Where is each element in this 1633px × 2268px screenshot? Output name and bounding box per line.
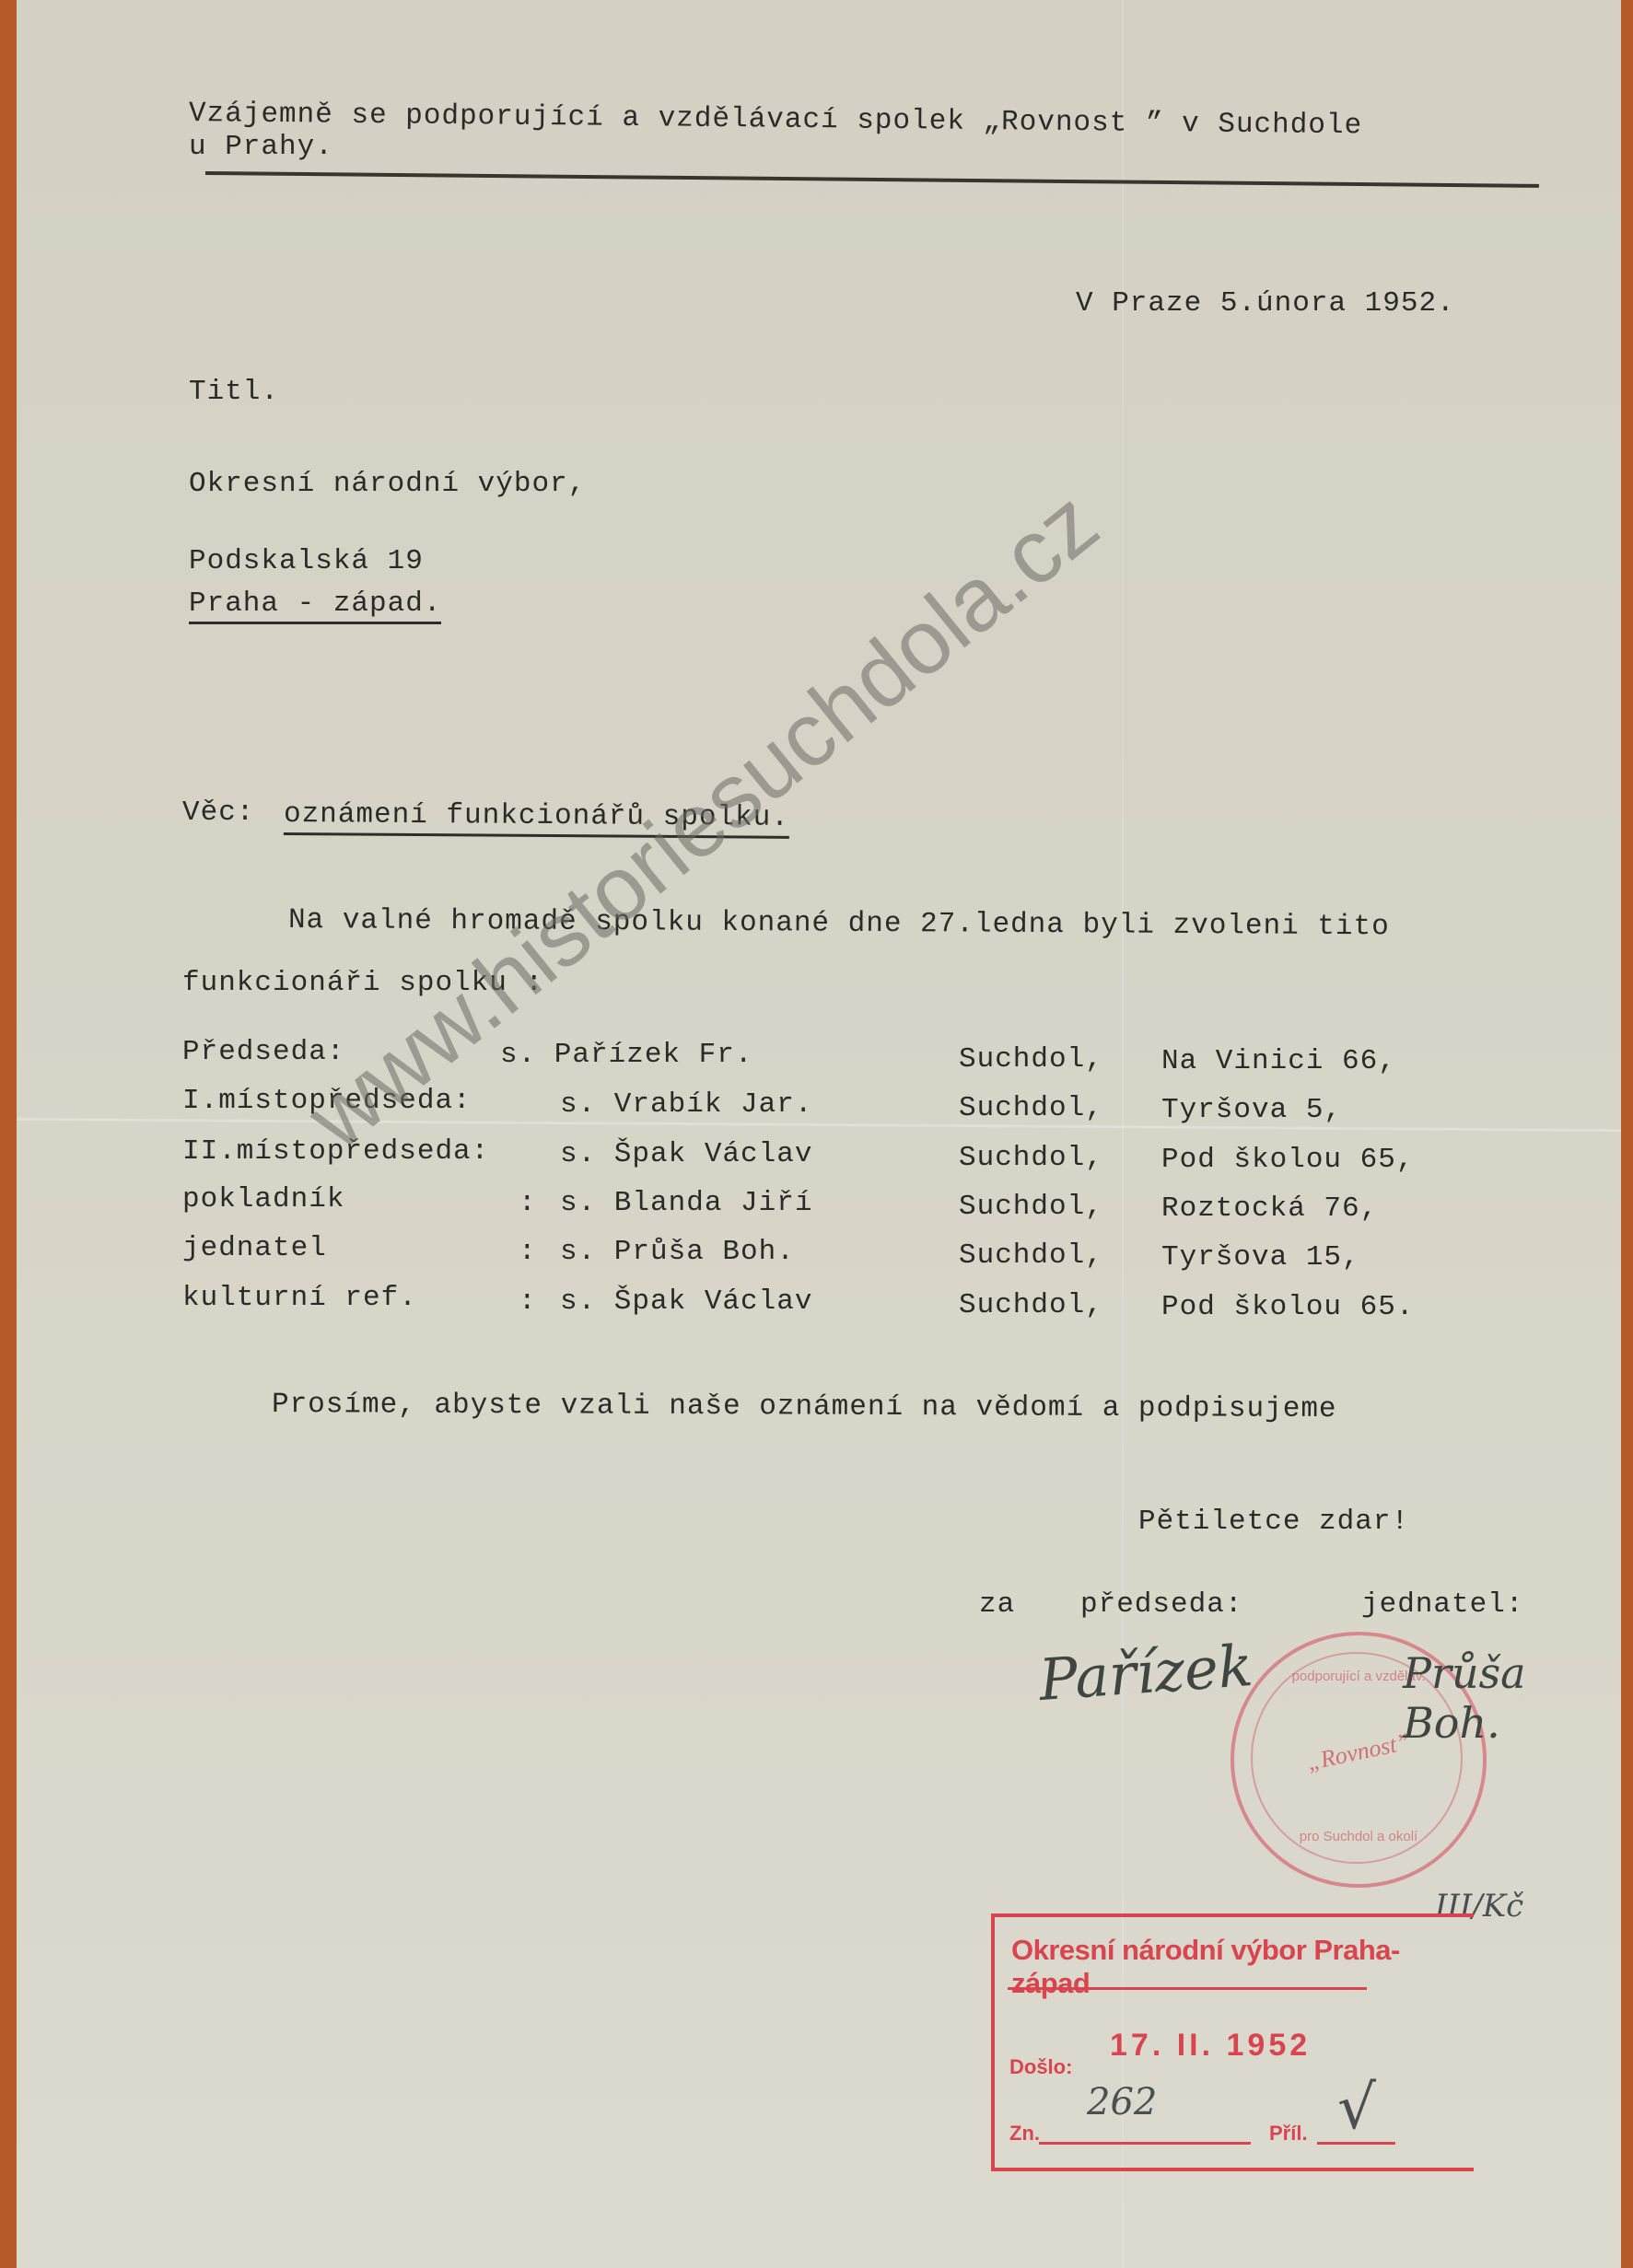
officer-town: Suchdol, xyxy=(959,1239,1103,1272)
received-date: 17. II. 1952 xyxy=(1110,2028,1311,2064)
recipient-street: Podskalská 19 xyxy=(189,545,424,577)
letter-paper: Vzájemně se podporující a vzdělávací spo… xyxy=(17,0,1621,2268)
letterhead-rule xyxy=(205,171,1539,188)
stamp-rim-bottom: pro Suchdol a okolí xyxy=(1234,1829,1483,1844)
ref-line xyxy=(1039,2142,1251,2145)
officer-role: kulturní ref. xyxy=(182,1282,417,1314)
za-label: za xyxy=(979,1588,1015,1621)
recipient-office: Okresní národní výbor, xyxy=(189,468,586,500)
officer-town: Suchdol, xyxy=(959,1289,1103,1321)
officer-address: Tyršova 15, xyxy=(1161,1241,1360,1274)
officer-address: Tyršova 5, xyxy=(1161,1094,1342,1126)
officer-separator: : xyxy=(519,1285,537,1318)
subject-label: Věc: xyxy=(182,797,254,829)
officer-town: Suchdol, xyxy=(959,1043,1103,1076)
receipt-stamp: Okresní národní výbor Praha-západ Došlo:… xyxy=(991,1913,1474,2171)
recipient-city: Praha - západ. xyxy=(189,587,441,624)
attachments-label: Příl. xyxy=(1269,2122,1308,2146)
officer-name: s. Blanda Jiří xyxy=(560,1187,812,1219)
receipt-stamp-title: Okresní národní výbor Praha-západ xyxy=(1011,1934,1474,2000)
officer-town: Suchdol, xyxy=(959,1142,1103,1174)
ref-label: Zn. xyxy=(1009,2122,1040,2146)
intro-line-1: Na valné hromadě spolku konané dne 27.le… xyxy=(288,904,1390,943)
letterhead-line-1: Vzájemně se podporující a vzdělávací spo… xyxy=(189,98,1362,142)
officer-town: Suchdol, xyxy=(959,1092,1103,1124)
chair-label: předseda: xyxy=(1080,1588,1242,1621)
chair-signature: Pařízek xyxy=(1037,1632,1255,1714)
received-label: Došlo: xyxy=(1009,2055,1072,2079)
closing-request: Prosíme, abyste vzali naše oznámení na v… xyxy=(272,1389,1337,1425)
date-line: V Praze 5.února 1952. xyxy=(1076,287,1455,320)
officer-name: s. Špak Václav xyxy=(560,1138,812,1170)
letterhead-line-2: u Prahy. xyxy=(189,131,333,163)
officer-name: s. Pařízek Fr. xyxy=(500,1039,752,1071)
officer-name: s. Špak Václav xyxy=(560,1285,812,1318)
officer-address: Roztocká 76, xyxy=(1161,1192,1378,1225)
officer-name: s. Průša Boh. xyxy=(560,1236,795,1268)
receipt-stamp-rule xyxy=(1008,1987,1367,1990)
secretary-label: jednatel: xyxy=(1361,1588,1523,1621)
secretary-signature: Průša Boh. xyxy=(1403,1648,1621,1748)
officer-address: Pod školou 65. xyxy=(1161,1291,1414,1323)
officer-town: Suchdol, xyxy=(959,1191,1103,1223)
officer-separator: : xyxy=(519,1187,537,1219)
officer-address: Na Vinici 66, xyxy=(1161,1045,1396,1077)
officer-separator: : xyxy=(519,1236,537,1268)
slogan: Pětiletce zdar! xyxy=(1138,1506,1409,1538)
officer-address: Pod školou 65, xyxy=(1161,1144,1414,1176)
salutation: Titl. xyxy=(189,376,279,408)
paper-crease xyxy=(17,1118,1621,1132)
officer-name: s. Vrabík Jar. xyxy=(560,1088,812,1121)
ref-value: 262 xyxy=(1087,2081,1157,2123)
officer-role: pokladník xyxy=(182,1183,344,1215)
attachments-mark: √ xyxy=(1337,2072,1376,2143)
officer-role: jednatel xyxy=(182,1232,327,1264)
